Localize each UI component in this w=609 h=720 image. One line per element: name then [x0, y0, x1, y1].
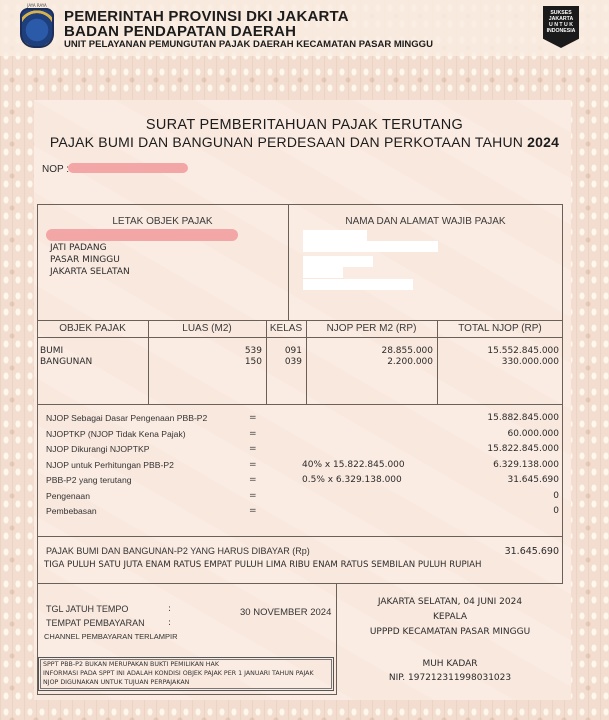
calc-value: 31.645.690	[437, 475, 559, 485]
payment-channel: CHANNEL PEMBAYARAN TERLAMPIR	[44, 632, 178, 641]
col-kelas: KELAS	[266, 323, 306, 334]
calc-equals: =	[249, 413, 257, 423]
calc-value: 60.000.000	[437, 429, 559, 439]
signature-position: KEPALA	[337, 612, 563, 622]
dki-jakarta-emblem-icon	[20, 8, 54, 48]
legal-notice: SPPT PBB-P2 BUKAN MERUPAKAN BUKTI PEMILI…	[38, 657, 334, 691]
calc-formula: 40% x 15.822.845.000	[302, 460, 405, 470]
nop-label: NOP :	[42, 164, 69, 175]
signatory-name: MUH KADAR	[337, 659, 563, 669]
col-njop-per-m2: NJOP PER M2 (RP)	[306, 323, 437, 334]
signatory-nip: NIP. 197212311998031023	[337, 673, 563, 683]
nop-redacted	[68, 163, 188, 173]
calc-label: NJOP untuk Perhitungan PBB-P2	[46, 460, 174, 470]
calc-equals: =	[249, 460, 257, 470]
calc-label: Pengenaan	[46, 491, 90, 501]
signature-place-date: JAKARTA SELATAN, 04 JUNI 2024	[337, 597, 563, 607]
calc-value: 6.329.138.000	[437, 460, 559, 470]
location-street-redacted	[46, 229, 238, 241]
calc-label: Pembebasan	[46, 506, 97, 516]
location-line: JAKARTA SELATAN	[50, 267, 130, 277]
calc-value: 0	[437, 491, 559, 501]
payable-amount: 31.645.690	[437, 546, 559, 557]
col-total-njop: TOTAL NJOP (RP)	[437, 323, 563, 334]
calc-label: PBB-P2 yang terutang	[46, 475, 132, 485]
agency-name: BADAN PENDAPATAN DAERAH	[64, 23, 296, 40]
calc-equals: =	[249, 429, 257, 439]
calc-label: NJOP Dikurangi NJOPTKP	[46, 444, 149, 454]
calc-value: 15.822.845.000	[437, 444, 559, 454]
due-date: 30 NOVEMBER 2024	[240, 607, 331, 618]
signature-office: UPPPD KECAMATAN PASAR MINGGU	[337, 627, 563, 637]
payment-place-label: TEMPAT PEMBAYARAN	[46, 618, 145, 628]
tax-year: 2024	[527, 134, 559, 150]
location-header: LETAK OBJEK PAJAK	[37, 216, 288, 227]
payable-in-words: TIGA PULUH SATU JUTA ENAM RATUS EMPAT PU…	[44, 560, 482, 570]
calc-equals: =	[249, 506, 257, 516]
col-objek-pajak: OBJEK PAJAK	[37, 323, 148, 334]
taxpayer-header: NAMA DAN ALAMAT WAJIB PAJAK	[288, 216, 563, 227]
location-line: JATI PADANG	[50, 243, 107, 253]
calc-equals: =	[249, 475, 257, 485]
col-luas: LUAS (M2)	[148, 323, 266, 334]
unit-name: UNIT PELAYANAN PEMUNGUTAN PAJAK DAERAH K…	[64, 39, 433, 50]
document-subtitle: PAJAK BUMI DAN BANGUNAN PERDESAAN DAN PE…	[0, 134, 609, 150]
calc-equals: =	[249, 444, 257, 454]
calc-label: NJOP Sebagai Dasar Pengenaan PBB-P2	[46, 413, 207, 423]
calc-equals: =	[249, 491, 257, 501]
location-line: PASAR MINGGU	[50, 255, 120, 265]
due-date-label: TGL JATUH TEMPO	[46, 604, 128, 614]
payable-label: PAJAK BUMI DAN BANGUNAN-P2 YANG HARUS DI…	[46, 546, 310, 556]
calc-formula: 0.5% x 6.329.138.000	[302, 475, 402, 485]
document-title: SURAT PEMBERITAHUAN PAJAK TERUTANG	[0, 117, 609, 133]
letterhead: JAYA RAYA PEMERINTAH PROVINSI DKI JAKART…	[0, 0, 609, 56]
calc-value: 15.882.845.000	[437, 413, 559, 423]
sukses-jakarta-badge-icon: SUKSES JAKARTA U N T U K INDONESIA	[543, 6, 579, 48]
calc-label: NJOPTKP (NJOP Tidak Kena Pajak)	[46, 429, 186, 439]
calc-value: 0	[437, 506, 559, 516]
